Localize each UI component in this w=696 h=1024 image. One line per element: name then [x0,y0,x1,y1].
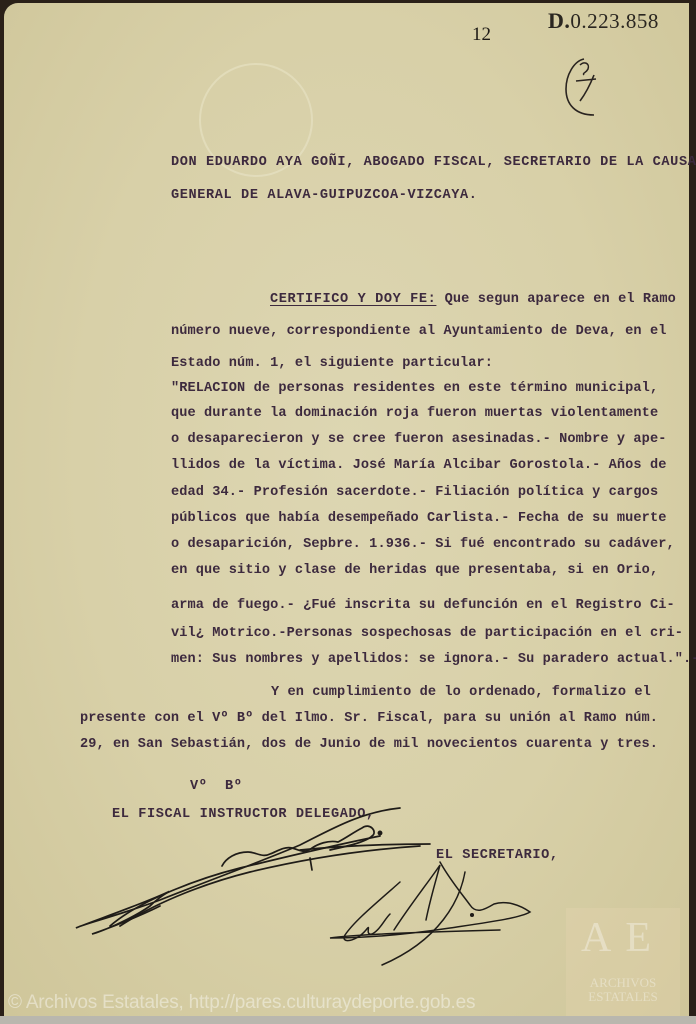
heading-line-1: DON EDUARDO AYA GOÑI, ABOGADO FISCAL, SE… [171,156,696,170]
body-line: públicos que había desempeñado Carlista.… [171,512,666,526]
archive-logo-letters: AE [566,914,680,962]
archive-code-number: 0.223.858 [570,9,659,33]
body-line: "RELACION de personas residentes en este… [171,382,658,396]
approval-mark: Vº Bº [190,780,243,794]
document-scan: 12 D.0.223.858 DON EDUARDO AYA GOÑI, ABO… [0,0,696,1024]
body-line: vil¿ Motrico.-Personas sospechosas de pa… [171,627,683,641]
body-line: Que segun aparece en el Ramo [436,292,675,307]
heading-line-2: GENERAL DE ALAVA-GUIPUZCOA-VIZCAYA. [171,189,478,203]
archive-logo-subtitle: ARCHIVOS ESTATALES [566,976,680,1004]
body-line: número nueve, correspondiente al Ayuntam… [171,325,666,339]
archive-code-prefix: D. [548,8,570,33]
body-line: o desaparecieron y se cree fueron asesin… [171,433,666,447]
archive-code: D.0.223.858 [548,8,659,34]
folio-number: 12 [472,24,491,46]
archive-logo: AE ARCHIVOS ESTATALES [566,908,680,1016]
body-line: o desaparición, Sepbre. 1.936.- Si fué e… [171,538,675,552]
certifico-line: CERTIFICO Y DOY FE: Que segun aparece en… [270,293,676,307]
handwritten-mark-icon [560,55,610,125]
body-line: edad 34.- Profesión sacerdote.- Filiació… [171,486,658,500]
body-line: que durante la dominación roja fueron mu… [171,407,658,421]
secretary-title: EL SECRETARIO, [436,849,559,863]
scan-bottom-edge [0,1016,696,1024]
closing-line: presente con el Vº Bº del Ilmo. Sr. Fisc… [80,712,658,726]
body-line: Estado núm. 1, el siguiente particular: [171,357,493,371]
certifico-label: CERTIFICO Y DOY FE: [270,292,436,307]
body-line: arma de fuego.- ¿Fué inscrita su defunci… [171,599,675,613]
body-line: en que sitio y clase de heridas que pres… [171,564,658,578]
closing-line: Y en cumplimiento de lo ordenado, formal… [271,686,651,700]
body-line: llidos de la víctima. José María Alcibar… [171,459,666,473]
fiscal-title: EL FISCAL INSTRUCTOR DELEGADO, [112,808,375,822]
body-line: men: Sus nombres y apellidos: se ignora.… [171,653,696,667]
copyright-watermark: © Archivos Estatales, http://pares.cultu… [8,992,475,1014]
closing-line: 29, en San Sebastián, dos de Junio de mi… [80,738,658,752]
